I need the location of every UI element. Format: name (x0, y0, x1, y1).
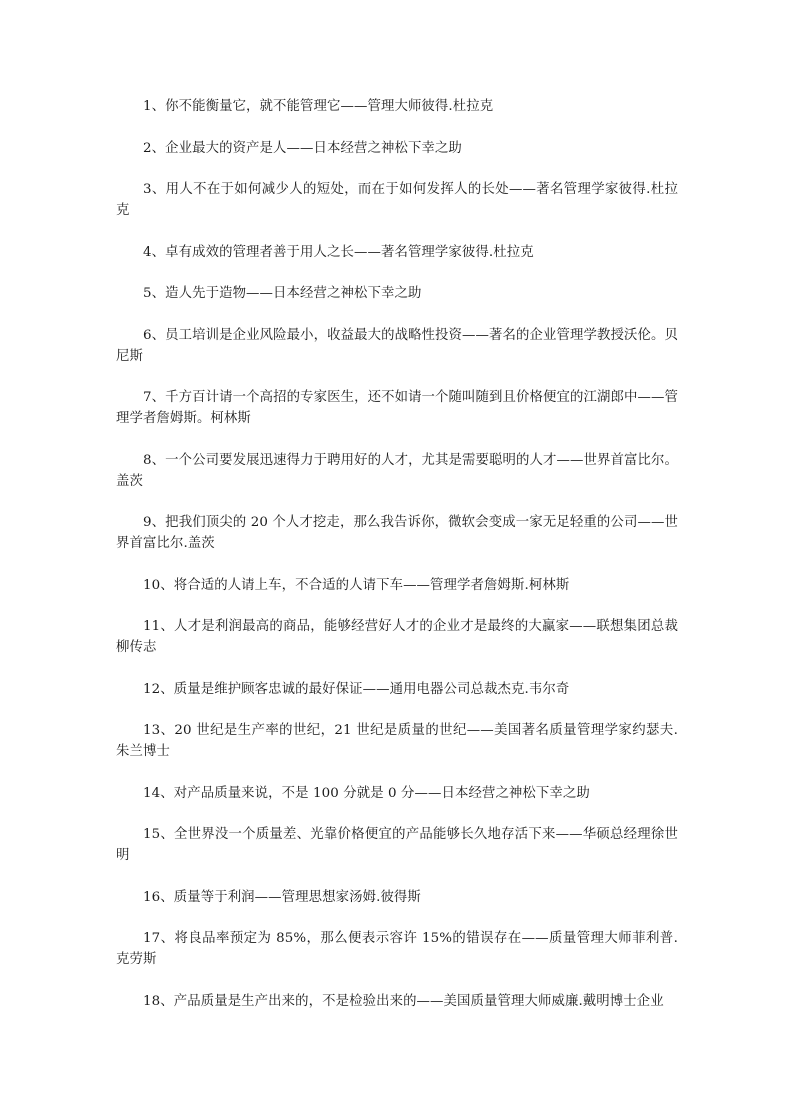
quote-paragraph: 9、把我们顶尖的 20 个人才挖走，那么我告诉你，微软会变成一家无足轻重的公司—… (116, 512, 678, 554)
quote-paragraph: 14、对产品质量来说，不是 100 分就是 0 分——日本经营之神松下幸之助 (116, 783, 678, 804)
quote-paragraph: 1、你不能衡量它，就不能管理它——管理大师彼得.杜拉克 (116, 96, 678, 117)
document-page: 1、你不能衡量它，就不能管理它——管理大师彼得.杜拉克 2、企业最大的资产是人—… (116, 96, 678, 1032)
quote-paragraph: 18、产品质量是生产出来的，不是检验出来的——美国质量管理大师威廉.戴明博士企业 (116, 991, 678, 1012)
quote-paragraph: 10、将合适的人请上车，不合适的人请下车——管理学者詹姆斯.柯林斯 (116, 575, 678, 596)
quote-paragraph: 7、千方百计请一个高招的专家医生，还不如请一个随叫随到且价格便宜的江湖郎中——管… (116, 387, 678, 429)
quote-paragraph: 8、一个公司要发展迅速得力于聘用好的人才，尤其是需要聪明的人才——世界首富比尔。… (116, 450, 678, 492)
quote-paragraph: 13、20 世纪是生产率的世纪，21 世纪是质量的世纪——美国著名质量管理学家约… (116, 720, 678, 762)
quote-paragraph: 16、质量等于利润——管理思想家汤姆.彼得斯 (116, 887, 678, 908)
quote-paragraph: 15、全世界没一个质量差、光靠价格便宜的产品能够长久地存活下来——华硕总经理徐世… (116, 824, 678, 866)
quote-paragraph: 4、卓有成效的管理者善于用人之长——著名管理学家彼得.杜拉克 (116, 242, 678, 263)
quote-paragraph: 3、用人不在于如何减少人的短处，而在于如何发挥人的长处——著名管理学家彼得.杜拉… (116, 179, 678, 221)
quote-paragraph: 5、造人先于造物——日本经营之神松下幸之助 (116, 283, 678, 304)
quote-paragraph: 17、将良品率预定为 85%，那么便表示容许 15%的错误存在——质量管理大师菲… (116, 928, 678, 970)
quote-paragraph: 6、员工培训是企业风险最小，收益最大的战略性投资——著名的企业管理学教授沃伦。贝… (116, 325, 678, 367)
quote-paragraph: 2、企业最大的资产是人——日本经营之神松下幸之助 (116, 138, 678, 159)
quote-paragraph: 11、人才是利润最高的商品，能够经营好人才的企业才是最终的大赢家——联想集团总裁… (116, 616, 678, 658)
quote-paragraph: 12、质量是维护顾客忠诚的最好保证——通用电器公司总裁杰克.韦尔奇 (116, 679, 678, 700)
